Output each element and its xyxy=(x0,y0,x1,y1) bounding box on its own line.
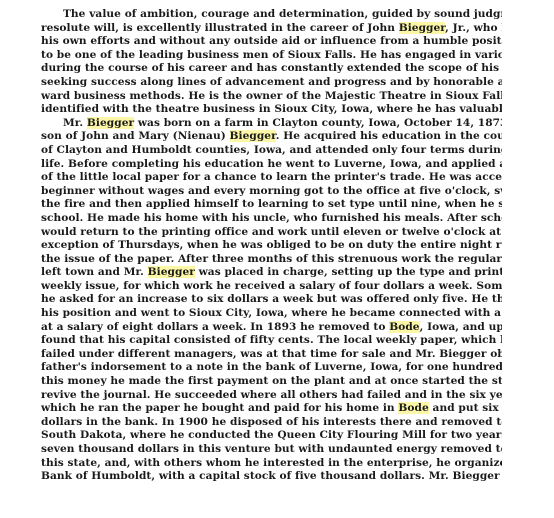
text-segment: of Clayton and Humboldt counties, Iowa, … xyxy=(41,144,502,156)
text-segment: life. Before completing his education he… xyxy=(41,158,502,170)
text-segment: seven thousand dollars in this venture b… xyxy=(41,443,502,455)
text-line: son of John and Mary (Nienau) Biegger. H… xyxy=(41,130,502,144)
text-segment: ward business methods. He is the owner o… xyxy=(41,90,502,102)
text-line: seven thousand dollars in this venture b… xyxy=(41,443,502,457)
text-segment: would return to the printing office and … xyxy=(41,226,502,238)
text-segment: he asked for an increase to six dollars … xyxy=(41,293,502,305)
text-segment: the issue of the paper. After three mont… xyxy=(41,253,502,265)
text-line: weekly issue, for which work he received… xyxy=(41,280,502,294)
text-segment: was placed in charge, setting up the typ… xyxy=(195,266,502,278)
text-segment: failed under different managers, was at … xyxy=(41,348,502,360)
text-segment: this money he made the first payment on … xyxy=(41,375,502,387)
text-segment: resolute will, is excellently illustrate… xyxy=(41,22,399,34)
biography-text: The value of ambition, courage and deter… xyxy=(41,8,502,484)
text-segment: his own efforts and without any outside … xyxy=(41,35,502,47)
text-segment: son of John and Mary (Nienau) xyxy=(41,130,230,142)
text-segment: found that his capital consisted of fift… xyxy=(41,334,502,346)
text-segment: beginner without wages and every morning… xyxy=(41,185,502,197)
text-line: Bank of Humboldt, with a capital stock o… xyxy=(41,470,502,484)
text-line: his own efforts and without any outside … xyxy=(41,35,502,49)
text-segment: of the little local paper for a chance t… xyxy=(41,171,502,183)
text-segment: father's indorsement to a note in the ba… xyxy=(41,361,502,373)
text-segment: Mr. xyxy=(63,117,87,129)
text-line: The value of ambition, courage and deter… xyxy=(41,8,502,22)
text-line: his position and went to Sioux City, Iow… xyxy=(41,307,502,321)
text-segment: identified with the theatre business in … xyxy=(41,103,502,115)
text-line: at a salary of eight dollars a week. In … xyxy=(41,321,502,335)
text-segment: during the course of his career and has … xyxy=(41,62,502,74)
highlighted-term: Biegger xyxy=(399,22,445,34)
highlighted-term: Biegger xyxy=(230,130,276,142)
text-line: exception of Thursdays, when he was obli… xyxy=(41,239,502,253)
text-segment: South Dakota, where he conducted the Que… xyxy=(41,429,502,441)
text-line: which he ran the paper he bought and pai… xyxy=(41,402,502,416)
text-line: identified with the theatre business in … xyxy=(41,103,502,117)
text-segment: , Iowa, and upon his arrival xyxy=(420,321,502,333)
text-segment: the fire and then applied himself to lea… xyxy=(41,198,502,210)
text-line: left town and Mr. Biegger was placed in … xyxy=(41,266,502,280)
text-segment: his position and went to Sioux City, Iow… xyxy=(41,307,502,319)
document-page: The value of ambition, courage and deter… xyxy=(0,0,554,518)
highlighted-term: Biegger xyxy=(148,266,195,278)
text-line: would return to the printing office and … xyxy=(41,226,502,240)
text-line: to be one of the leading business men of… xyxy=(41,49,502,63)
text-line: failed under different managers, was at … xyxy=(41,348,502,362)
text-line: of the little local paper for a chance t… xyxy=(41,171,502,185)
text-line: this state, and, with others whom he int… xyxy=(41,457,502,471)
text-line: ward business methods. He is the owner o… xyxy=(41,90,502,104)
text-line: the fire and then applied himself to lea… xyxy=(41,198,502,212)
text-segment: this state, and, with others whom he int… xyxy=(41,457,502,469)
highlighted-term: Bode xyxy=(398,402,428,414)
text-segment: school. He made his home with his uncle,… xyxy=(41,212,502,224)
highlighted-term: Biegger xyxy=(87,117,134,129)
text-segment: exception of Thursdays, when he was obli… xyxy=(41,239,502,251)
text-line: the issue of the paper. After three mont… xyxy=(41,253,502,267)
text-line: South Dakota, where he conducted the Que… xyxy=(41,429,502,443)
text-line: found that his capital consisted of fift… xyxy=(41,334,502,348)
text-line: life. Before completing his education he… xyxy=(41,158,502,172)
text-segment: . He acquired his education in the count… xyxy=(276,130,502,142)
text-segment: seeking success along lines of advanceme… xyxy=(41,76,502,88)
text-line: during the course of his career and has … xyxy=(41,62,502,76)
text-line: Mr. Biegger was born on a farm in Clayto… xyxy=(41,117,502,131)
text-segment: left town and Mr. xyxy=(41,266,148,278)
text-line: this money he made the first payment on … xyxy=(41,375,502,389)
text-segment: , Jr., who has risen by xyxy=(445,22,502,34)
text-line: he asked for an increase to six dollars … xyxy=(41,293,502,307)
text-line: beginner without wages and every morning… xyxy=(41,185,502,199)
text-line: resolute will, is excellently illustrate… xyxy=(41,22,502,36)
text-segment: The value of ambition, courage and deter… xyxy=(63,8,502,20)
text-segment: and put six thousand xyxy=(429,402,502,414)
text-line: of Clayton and Humboldt counties, Iowa, … xyxy=(41,144,502,158)
text-segment: weekly issue, for which work he received… xyxy=(41,280,502,292)
text-segment: Bank of Humboldt, with a capital stock o… xyxy=(41,470,502,482)
text-segment: to be one of the leading business men of… xyxy=(41,49,502,61)
text-segment: was born on a farm in Clayton county, Io… xyxy=(134,117,502,129)
text-segment: dollars in the bank. In 1900 he disposed… xyxy=(41,416,502,428)
text-line: dollars in the bank. In 1900 he disposed… xyxy=(41,416,502,430)
text-line: school. He made his home with his uncle,… xyxy=(41,212,502,226)
text-segment: which he ran the paper he bought and pai… xyxy=(41,402,398,414)
highlighted-term: Bode xyxy=(389,321,419,333)
text-line: seeking success along lines of advanceme… xyxy=(41,76,502,90)
text-segment: revive the journal. He succeeded where a… xyxy=(41,389,502,401)
text-segment: at a salary of eight dollars a week. In … xyxy=(41,321,389,333)
text-line: father's indorsement to a note in the ba… xyxy=(41,361,502,375)
text-line: revive the journal. He succeeded where a… xyxy=(41,389,502,403)
